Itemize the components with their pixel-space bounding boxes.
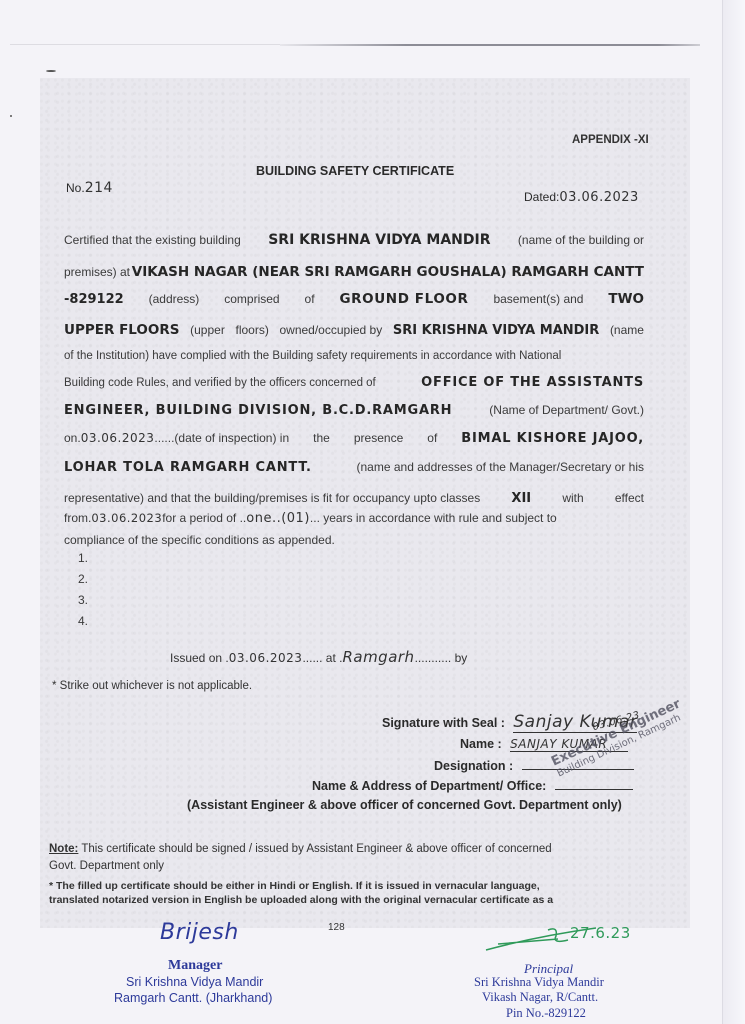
number-value: 214 — [85, 180, 113, 196]
principal-stamp-line: Pin No.-829122 — [506, 1006, 586, 1021]
department-field — [555, 777, 633, 790]
certificate-title: BUILDING SAFETY CERTIFICATE — [256, 164, 454, 178]
text: effect — [615, 491, 644, 505]
text: for a period of .. — [162, 511, 246, 525]
issued-line: Issued on .03.06.2023...... at .Ramgarh.… — [170, 648, 467, 666]
text: on. — [64, 431, 81, 445]
text: with — [562, 491, 583, 505]
manager-title: Manager — [168, 958, 222, 974]
condition-item: 1. — [78, 551, 88, 565]
text: from. — [64, 511, 91, 525]
paragraph-line-7: ENGINEER, BUILDING DIVISION, B.C.D.RAMGA… — [64, 403, 644, 418]
text: (name of the building or — [518, 233, 644, 247]
text: comprised — [224, 292, 279, 306]
officer-note: (Assistant Engineer & above officer of c… — [187, 798, 622, 812]
text: (address) — [149, 292, 200, 306]
speckle — [10, 115, 12, 117]
effective-date: 03.06.2023 — [91, 511, 162, 525]
principal-stamp-line: Vikash Nagar, R/Cantt. — [482, 990, 598, 1005]
manager-stamp-line: Sri Krishna Vidya Mandir — [126, 975, 263, 989]
verifying-department: ENGINEER, BUILDING DIVISION, B.C.D.RAMGA… — [64, 403, 452, 418]
text: Building code Rules, and verified by the… — [64, 377, 376, 389]
text: of — [305, 292, 315, 306]
text: owned/occupied by — [279, 323, 382, 337]
paragraph-line-4: UPPER FLOORS (upper floors) owned/occupi… — [64, 322, 644, 338]
appendix-label: APPENDIX -XI — [572, 134, 649, 146]
text: representative) and that the building/pr… — [64, 491, 480, 505]
signature-label: Signature with Seal : — [382, 716, 505, 730]
dated-label: Dated: — [524, 190, 559, 204]
paragraph-line-8: on.03.06.2023......(date of inspection) … — [64, 431, 644, 446]
principal-stamp-line: Sri Krishna Vidya Mandir — [474, 975, 604, 990]
text: premises) at — [64, 265, 130, 279]
page-number: 128 — [328, 922, 345, 933]
issued-label: Issued on . — [170, 651, 229, 665]
paragraph-line-1: Certified that the existing building SRI… — [64, 232, 644, 248]
building-address: VIKASH NAGAR (NEAR SRI RAMGARH GOUSHALA)… — [132, 264, 644, 280]
paragraph-line-6: Building code Rules, and verified by the… — [64, 375, 644, 390]
condition-item: 3. — [78, 593, 88, 607]
principal-sign-date: 27.6.23 — [570, 924, 631, 942]
text: ...... at . — [302, 651, 342, 665]
scan-artifact-line — [10, 44, 280, 45]
footnote-line-2: translated notarized version in English … — [49, 894, 553, 906]
condition-item: 4. — [78, 614, 88, 628]
note-label: Note: — [49, 843, 78, 855]
text: (upper — [190, 323, 225, 337]
condition-item: 2. — [78, 572, 88, 586]
designation-label: Designation : — [434, 759, 513, 773]
paragraph-line-2: premises) at VIKASH NAGAR (NEAR SRI RAMG… — [64, 264, 644, 280]
note-line-1: Note: This certificate should be signed … — [49, 843, 552, 855]
certificate-date: Dated:03.06.2023 — [524, 190, 639, 205]
paragraph-line-11: from.03.06.2023for a period of ..one..(0… — [64, 511, 644, 526]
note-text: This certificate should be signed / issu… — [78, 843, 551, 855]
representative-address: LOHAR TOLA RAMGARH CANTT. — [64, 460, 312, 475]
paragraph-line-5: of the Institution) have complied with t… — [64, 350, 644, 362]
text: of the Institution) have complied with t… — [64, 350, 561, 362]
institution-name: SRI KRISHNA VIDYA MANDIR — [393, 323, 599, 338]
number-label: No. — [66, 181, 85, 195]
building-name: SRI KRISHNA VIDYA MANDIR — [268, 232, 490, 248]
manager-signature: Brijesh — [160, 920, 239, 945]
note-line-2: Govt. Department only — [49, 860, 164, 872]
name-label: Name : — [460, 737, 502, 751]
issued-date: 03.06.2023 — [229, 651, 303, 665]
text: of — [427, 431, 437, 445]
verifying-office: OFFICE OF THE ASSISTANTS — [421, 375, 644, 390]
text: (name — [610, 323, 644, 337]
paragraph-line-3: -829122 (address) comprised of GROUND FL… — [64, 291, 644, 307]
paragraph-line-9: LOHAR TOLA RAMGARH CANTT. (name and addr… — [64, 460, 644, 475]
manager-stamp-line: Ramgarh Cantt. (Jharkhand) — [114, 991, 272, 1005]
text: ......(date of inspection) in — [154, 431, 289, 445]
occupancy-class: XII — [511, 491, 531, 506]
upper-floors: UPPER FLOORS — [64, 322, 179, 338]
floor-ground: GROUND FLOOR — [339, 291, 468, 307]
representative-name: BIMAL KISHORE JAJOO, — [461, 431, 644, 446]
pin-code: -829122 — [64, 292, 124, 307]
scan-artifact-line — [280, 44, 700, 46]
footnote-line-1: * The filled up certificate should be ei… — [49, 880, 540, 892]
text: Certified that the existing building — [64, 233, 241, 247]
text: ........... by — [415, 651, 468, 665]
issued-place: Ramgarh — [342, 648, 414, 666]
text: compliance of the specific conditions as… — [64, 533, 335, 547]
certificate-number: No.214 — [66, 180, 113, 196]
paragraph-line-10: representative) and that the building/pr… — [64, 491, 644, 506]
strike-note: * Strike out whichever is not applicable… — [52, 680, 252, 692]
text: floors) — [235, 323, 268, 337]
text: presence — [354, 431, 403, 445]
department-row: Name & Address of Department/ Office: — [312, 777, 633, 795]
text: basement(s) and — [493, 292, 583, 306]
text: (Name of Department/ Govt.) — [489, 403, 644, 417]
page-edge — [722, 0, 745, 1024]
dated-value: 03.06.2023 — [559, 190, 638, 205]
paragraph-line-12: compliance of the specific conditions as… — [64, 533, 644, 547]
text: ... years in accordance with rule and su… — [310, 511, 557, 525]
speckle — [46, 70, 56, 72]
designation-row: Designation : — [434, 757, 634, 775]
text: (name and addresses of the Manager/Secre… — [357, 460, 644, 474]
inspection-date: 03.06.2023 — [81, 431, 155, 445]
text: the — [313, 431, 330, 445]
department-label: Name & Address of Department/ Office: — [312, 779, 546, 793]
validity-period: one..(01) — [246, 511, 310, 526]
floor-count: TWO — [608, 291, 644, 307]
